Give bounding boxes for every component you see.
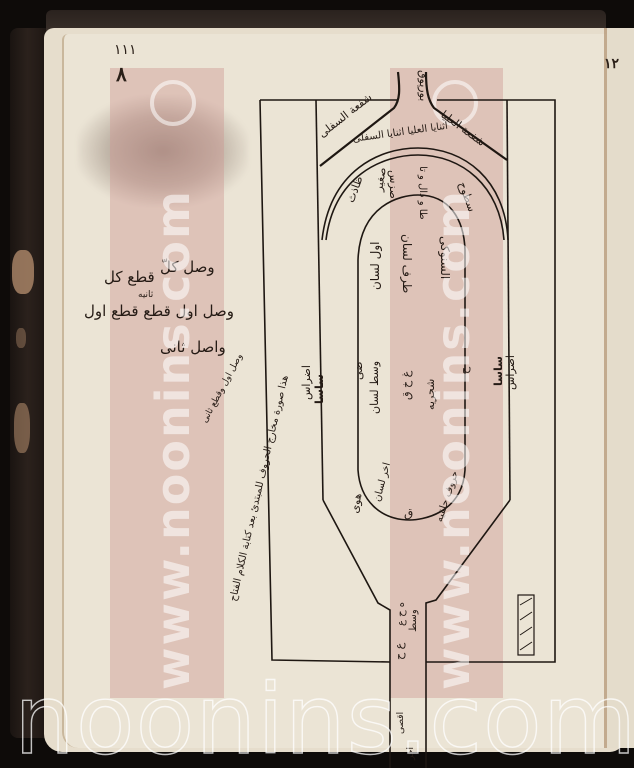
label-inner-arc-2: طرف لسان [400, 234, 414, 293]
label-neck-bottom-3: وسط [408, 609, 419, 632]
label-right-molars-sub: ساسا [492, 356, 505, 386]
label-inner-center-1: ضی [352, 361, 365, 380]
watermark-vertical-right: www.noonins.com [426, 189, 480, 690]
label-neck-bottom-2: ه ح ع [396, 602, 407, 626]
label-top-neck: بورپوق [417, 70, 430, 101]
label-inner-center-3: غ خ ق [400, 371, 413, 400]
watermark-domain: noonins.com [14, 664, 634, 768]
label-neck-bottom-1: ع ح [393, 643, 406, 660]
page-number-large: ٨ [116, 62, 127, 86]
page-number-small: ١١١ [114, 42, 137, 58]
label-inner-center-2: وسط لسان [368, 361, 381, 414]
page-number-right: ١٢ [604, 56, 619, 72]
label-left-molars-sub: ساسا [313, 374, 326, 404]
label-inner-arc-1: اول لسان [368, 242, 382, 291]
label-outer-arc-3: صزس [387, 170, 400, 199]
watermark-vertical-left: www.noonins.com [146, 189, 200, 690]
label-right-molars: اضراس [504, 355, 517, 390]
label-inner-bottom-center: ق [404, 506, 413, 520]
label-left-molars: اضراس [300, 365, 313, 400]
